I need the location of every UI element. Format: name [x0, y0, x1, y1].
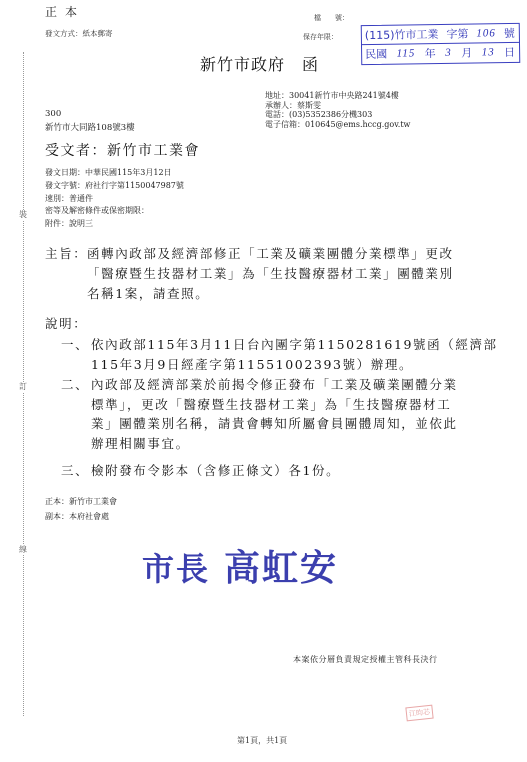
attachment: 附件：說明三	[45, 218, 184, 231]
signature-name: 高虹安	[224, 548, 338, 589]
stamp-month: 3	[445, 47, 452, 59]
explanation-label: 說明：	[45, 314, 87, 332]
personal-seal: 江昀芯	[405, 705, 433, 722]
stamp-number-suffix: 號	[504, 25, 515, 41]
recipient-address: 新竹市大同路108號3樓	[45, 121, 135, 133]
archive-number-label: 檔 號：	[314, 13, 349, 23]
item-line: 標準」，更改「醫療暨生技器材工業」為「生技醫療器材工	[91, 395, 458, 415]
binding-mark-bottom: 線	[17, 545, 29, 555]
stamp-prefix: (115)竹市工業	[365, 26, 439, 43]
contact-address: 地址：30041新竹市中央路241號4樓	[265, 91, 410, 101]
stamp-day: 13	[482, 46, 495, 58]
subject-label: 主旨：	[45, 244, 87, 264]
original-recipient: 正本：新竹市工業會	[45, 494, 117, 509]
stamp-year: 115	[397, 47, 416, 59]
subject-line: 函轉內政部及經濟部修正「工業及礦業團體分業標準」更改	[87, 244, 454, 264]
recipient-zip: 300	[45, 109, 61, 119]
distribution: 正本：新竹市工業會 副本：本府社會處	[45, 494, 117, 524]
item-number: 一、	[61, 335, 89, 355]
stamp-word-label: 字第	[446, 26, 468, 42]
contact-handler: 承辦人：蔡斯雯	[265, 101, 410, 111]
delivery-speed: 速別：普通件	[45, 193, 184, 206]
stamp-era: 民國	[365, 46, 387, 62]
recipient: 受文者：新竹市工業會	[45, 140, 200, 160]
receipt-stamp: (115)竹市工業 字第 106 號 民國 115 年 3 月 13 日	[361, 23, 521, 65]
retention-period-label: 保存年限：	[303, 32, 338, 42]
document-number: 發文字號：府社行字第1150047987號	[45, 180, 184, 193]
item-text: 內政部及經濟部業於前揭令修正發布「工業及礦業團體分業 標準」，更改「醫療暨生技器…	[91, 375, 458, 453]
item-line: 依內政部115年3月11日台內團字第1150281619號函（經濟部	[91, 335, 498, 355]
signature-title: 市長	[142, 550, 210, 588]
stamp-year-unit: 年	[425, 45, 436, 61]
stamp-row-date: 民國 115 年 3 月 13 日	[362, 42, 519, 63]
mayor-signature: 市長高虹安	[142, 540, 338, 591]
subject-line: 名稱1案，請查照。	[87, 284, 454, 304]
item-number: 三、	[61, 461, 89, 481]
contact-email: 電子信箱：010645@ems.hccg.gov.tw	[265, 120, 410, 130]
stamp-number: 106	[476, 27, 496, 39]
subject-text: 函轉內政部及經濟部修正「工業及礦業團體分業標準」更改 「醫療暨生技器材工業」為「…	[87, 244, 454, 304]
stamp-month-unit: 月	[461, 45, 472, 61]
issue-date: 發文日期：中華民國115年3月12日	[45, 167, 184, 180]
stamp-row-number: (115)竹市工業 字第 106 號	[362, 24, 519, 44]
contact-block: 地址：30041新竹市中央路241號4樓 承辦人：蔡斯雯 電話：(03)5352…	[265, 91, 410, 129]
item-text: 依內政部115年3月11日台內團字第1150281619號函（經濟部 115年3…	[91, 335, 498, 374]
item-line: 內政部及經濟部業於前揭令修正發布「工業及礦業團體分業	[91, 375, 458, 395]
binding-mark-top: 裝	[17, 210, 29, 220]
item-line: 業」團體業別名稱，請貴會轉知所屬會員團體周知，並依此	[91, 414, 458, 434]
document-meta: 發文日期：中華民國115年3月12日 發文字號：府社行字第1150047987號…	[45, 167, 184, 231]
item-line: 檢附發布令影本（含修正條文）各1份。	[91, 461, 340, 481]
item-line: 辦理相關事宜。	[91, 434, 458, 454]
stamp-day-unit: 日	[504, 44, 515, 60]
item-text: 檢附發布令影本（含修正條文）各1份。	[91, 461, 340, 481]
subject-line: 「醫療暨生技器材工業」為「生技醫療器材工業」團體業別	[87, 264, 454, 284]
item-line: 115年3月9日經產字第11551002393號）辦理。	[91, 355, 498, 375]
binding-mark-middle: 訂	[17, 382, 29, 392]
copy-type-label: 正本	[45, 3, 85, 20]
item-number: 二、	[61, 375, 89, 395]
contact-phone: 電話：(03)5352386分機303	[265, 110, 410, 120]
document-title: 新竹市政府 函	[200, 52, 319, 75]
send-method: 發文方式：紙本郵寄	[45, 28, 113, 39]
copy-recipient: 副本：本府社會處	[45, 509, 117, 524]
page-indicator: 第1頁，共1頁	[237, 735, 287, 746]
delegation-note: 本案依分層負責規定授權主管科長決行	[293, 654, 438, 665]
confidentiality: 密等及解密條件或保密期限：	[45, 205, 184, 218]
